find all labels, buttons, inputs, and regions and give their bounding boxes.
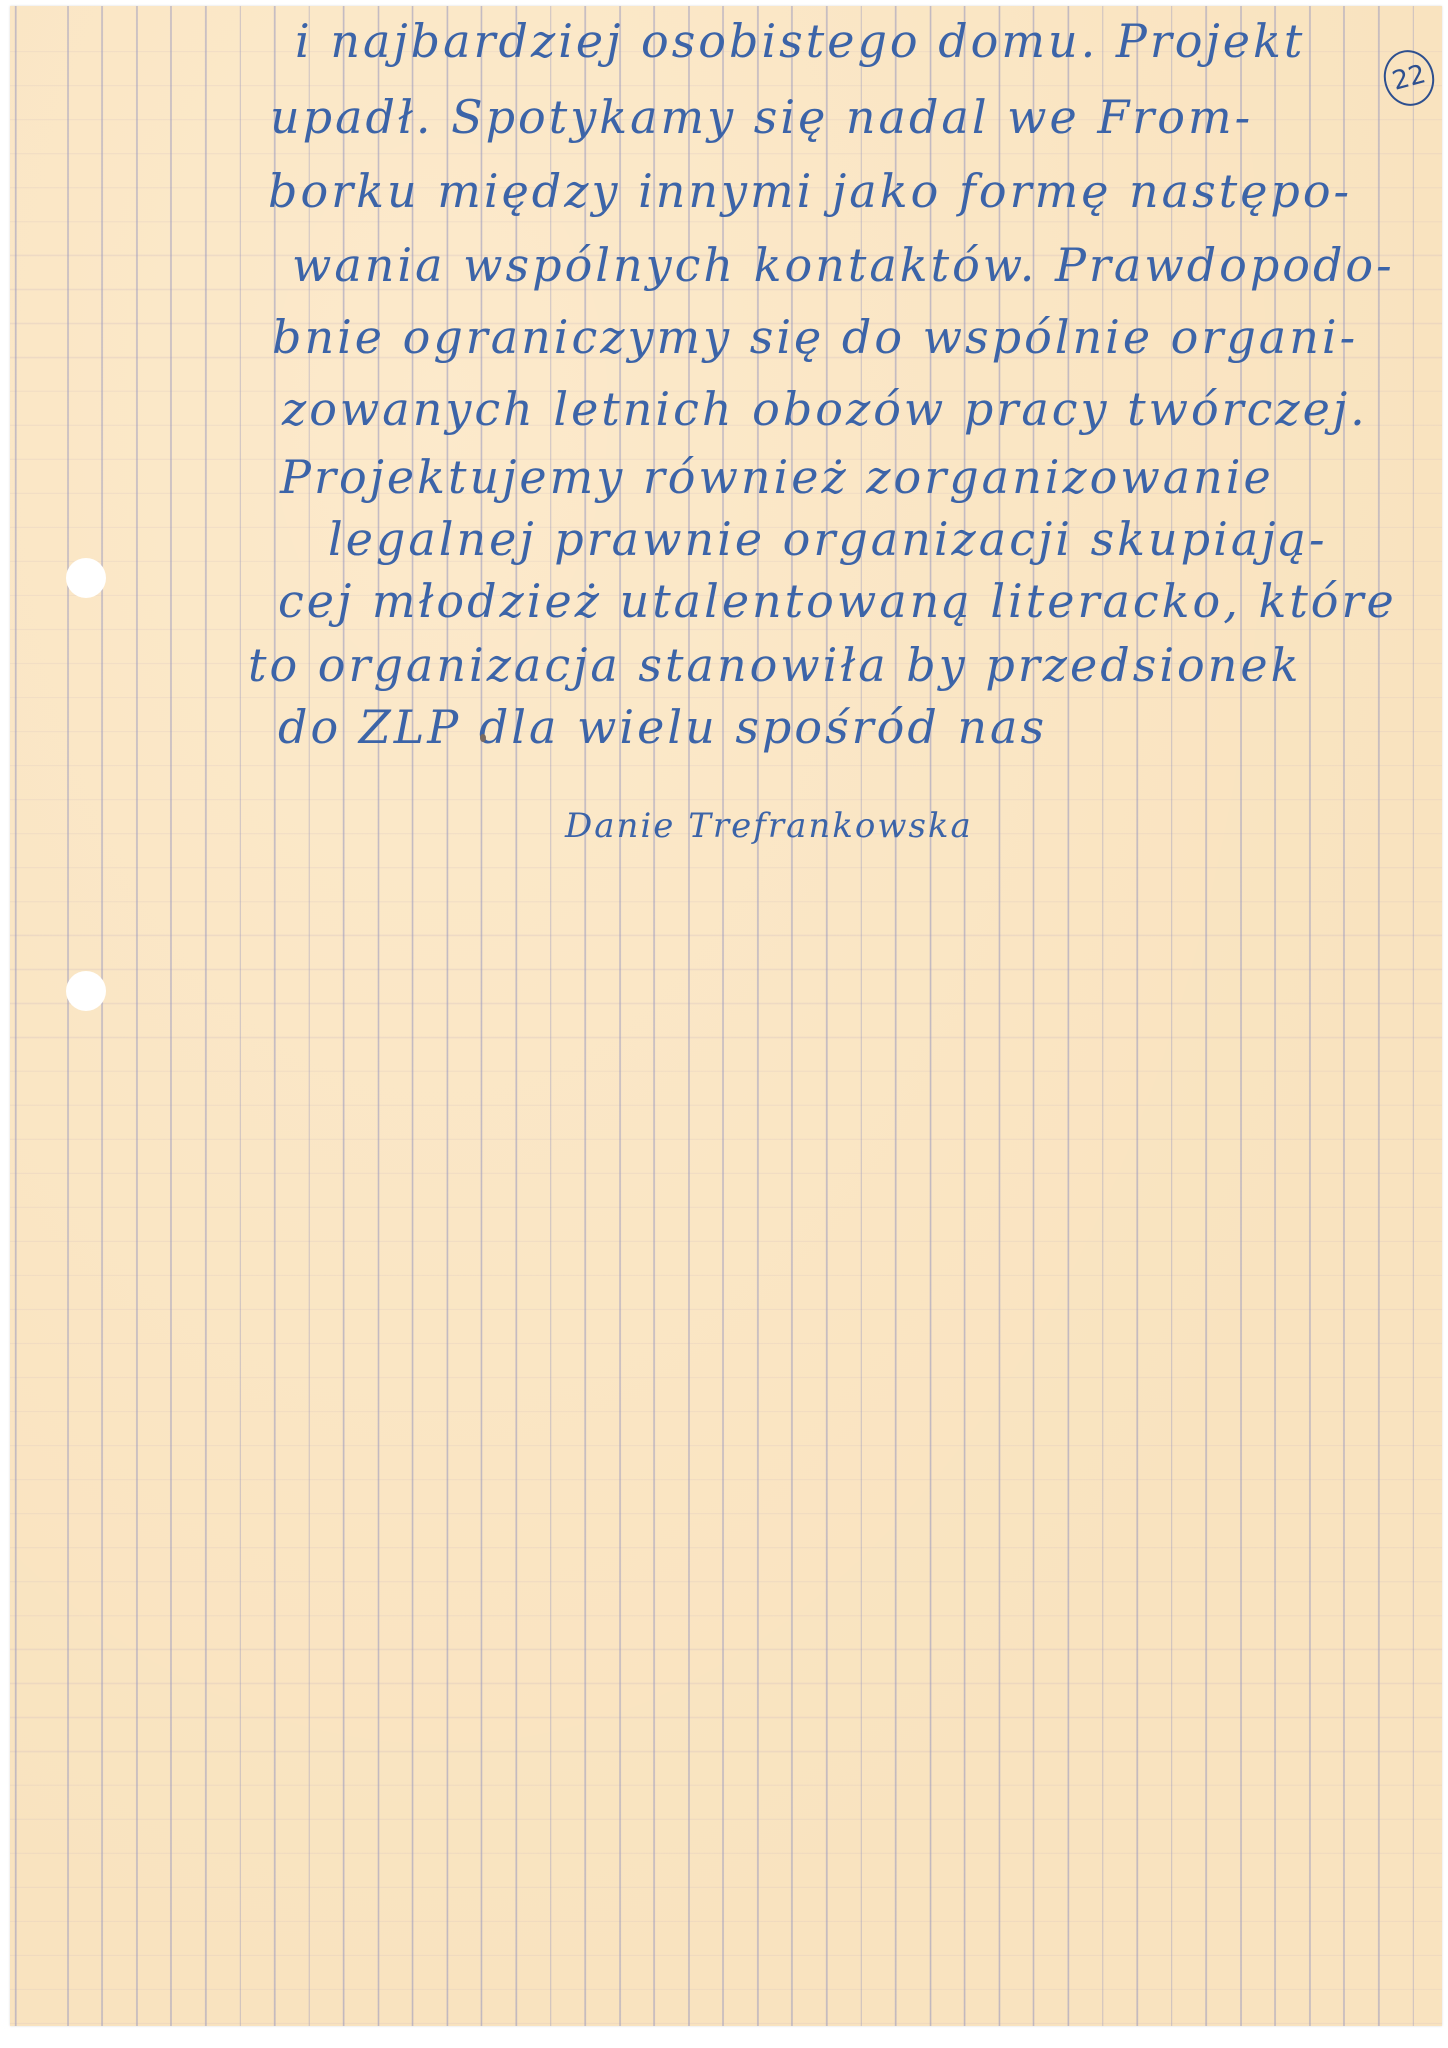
text-line: upadł. Spotykamy się nadal we From- bbox=[270, 94, 1253, 140]
paper-sheet: 22 i najbardziej osobistego domu. Projek… bbox=[10, 6, 1442, 2026]
ink-speck bbox=[480, 734, 486, 742]
signature: Danie Trefrankowska bbox=[565, 806, 973, 846]
text-line: Projektujemy również zorganizowanie bbox=[280, 454, 1274, 500]
text-line: to organizacja stanowiła by przedsionek bbox=[248, 642, 1301, 688]
text-line: cej młodzież utalentowaną literacko, któ… bbox=[278, 578, 1397, 624]
text-line: wania wspólnych kontaktów. Prawdopodo- bbox=[292, 242, 1395, 288]
text-line: do ZLP dla wielu spośród nas bbox=[278, 704, 1047, 750]
text-line: zowanych letnich obozów pracy twórczej. bbox=[282, 386, 1368, 432]
text-line: legalnej prawnie organizacji skupiają- bbox=[328, 516, 1328, 562]
handwritten-body: i najbardziej osobistego domu. Projekt u… bbox=[10, 6, 1442, 2026]
text-line: bnie ograniczymy się do wspólnie organi- bbox=[272, 314, 1358, 360]
text-line: i najbardziej osobistego domu. Projekt bbox=[295, 18, 1305, 64]
text-line: borku między innymi jako formę następo- bbox=[268, 168, 1352, 214]
